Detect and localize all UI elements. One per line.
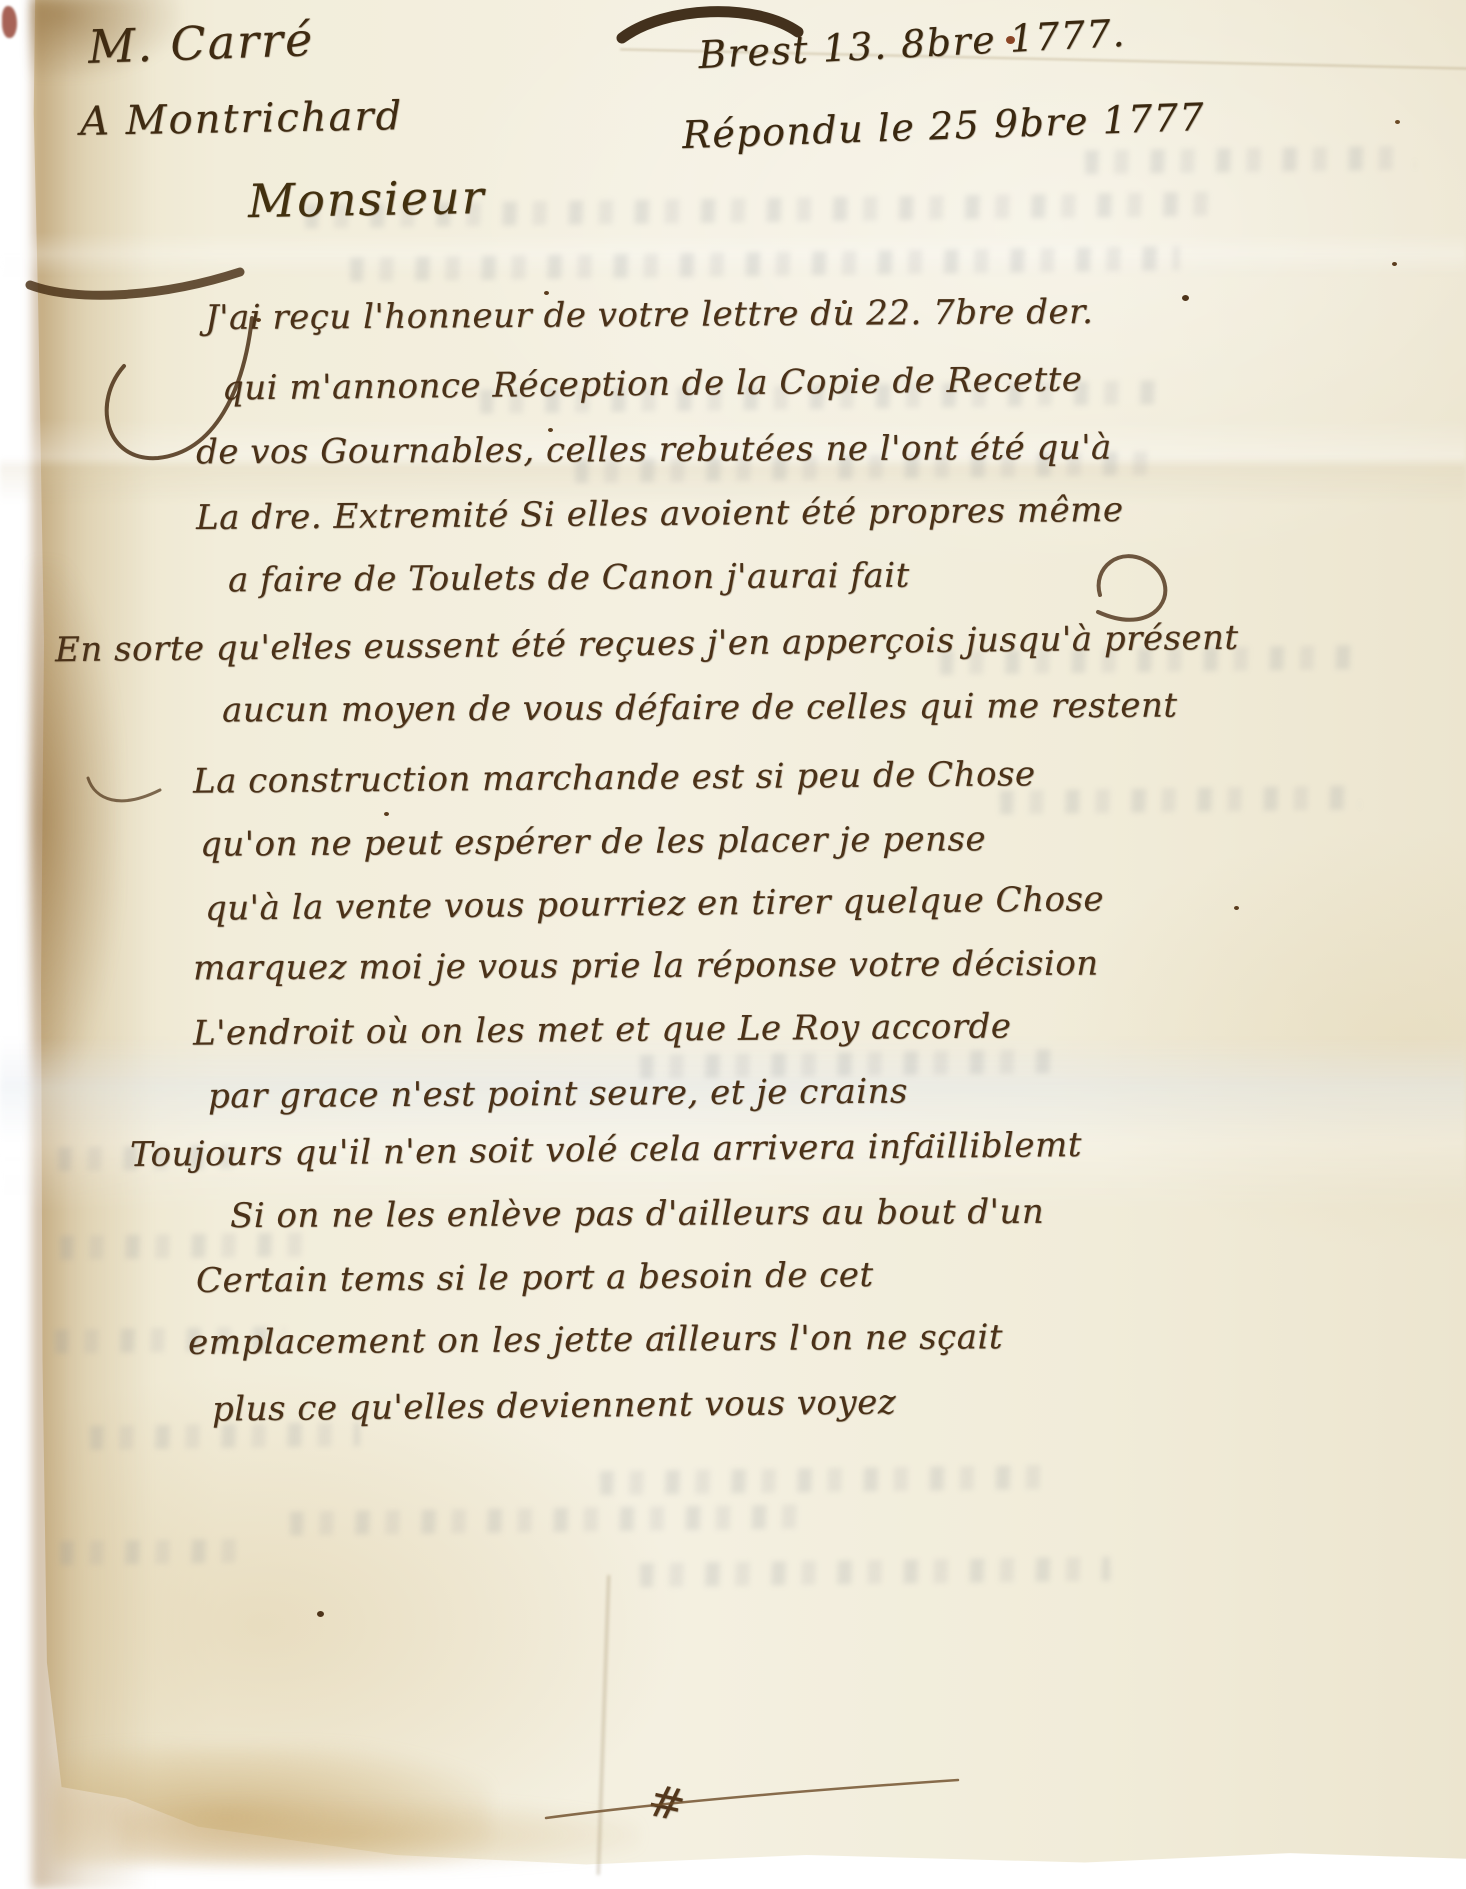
letter-line: emplacement on les jette ailleurs l'on n… (188, 1317, 1003, 1363)
letter-line: a faire de Toulets de Canon j'aurai fait (228, 556, 910, 601)
ink-specks (544, 291, 549, 295)
letter-line: L'endroit où on les met et que Le Roy ac… (193, 1006, 1012, 1053)
salutation: Monsieur (248, 170, 486, 228)
letter-line: marquez moi je vous prie la réponse votr… (193, 944, 1099, 989)
letter-line: Si on ne les enlève pas d'ailleurs au bo… (230, 1192, 1044, 1236)
paper-sheet (0, 0, 1466, 1889)
letter-line: de vos Gournables, celles rebutées ne l'… (196, 428, 1112, 473)
letter-line: aucun moyen de vous défaire de celles qu… (222, 685, 1178, 730)
letter-line: J'ai reçu l'honneur de votre lettre du 2… (205, 292, 1094, 338)
letter-line: qu'on ne peut espérer de les placer je p… (200, 819, 986, 864)
scanned-letter-page: M. Carré A Montrichard Brest 13. 8bre 17… (0, 0, 1466, 1889)
letter-line: La dre. Extremité Si elles avoient été p… (196, 490, 1124, 538)
addressee-name: M. Carré (87, 12, 315, 74)
letter-line: La construction marchande est si peu de … (193, 754, 1036, 801)
red-edge-mark (2, 6, 17, 38)
letter-line: par grace n'est point seure, et je crain… (208, 1072, 908, 1117)
letter-line: Certain tems si le port a besoin de cet (196, 1255, 874, 1301)
addressee-place: A Montrichard (80, 93, 404, 145)
letter-line: plus ce qu'elles deviennent vous voyez (212, 1382, 897, 1429)
